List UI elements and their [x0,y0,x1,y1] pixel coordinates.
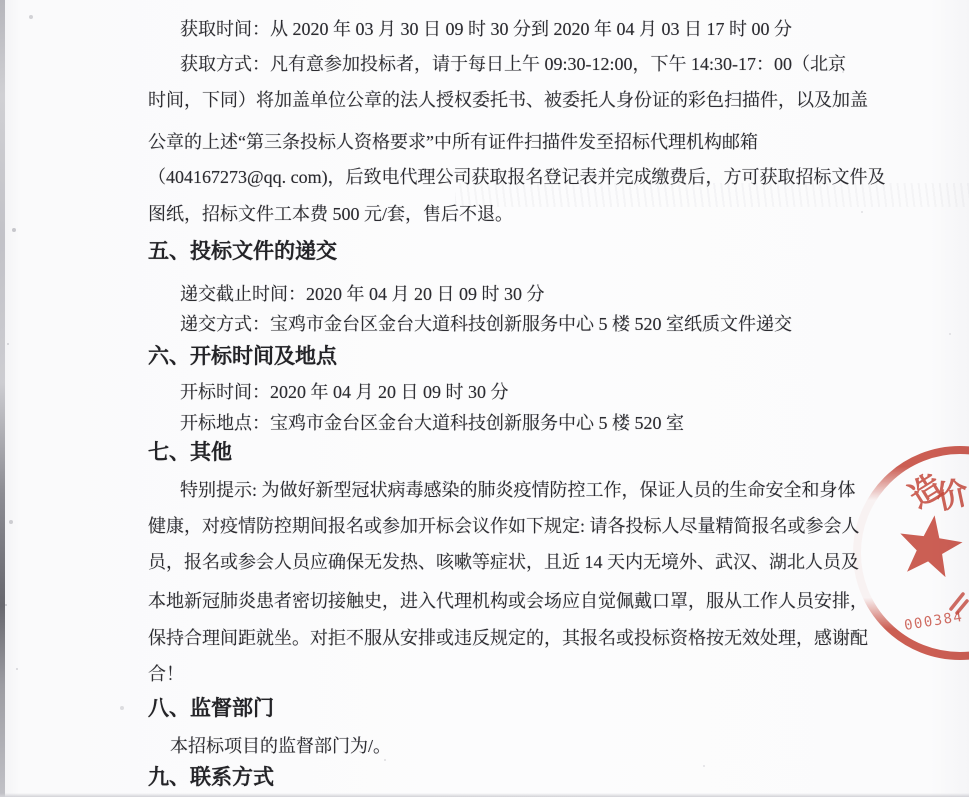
acquisition-method-line-1: 获取方式：凡有意参加投标者，请于每日上午 09:30-12:00，下午 14:3… [180,53,846,75]
supervision-body-line: 本招标项目的监督部门为/。 [170,735,391,757]
seal-ring-char-2: 价 [933,474,969,516]
red-seal-stamp: 造 价 000384 [853,428,969,670]
covid-notice-line-4: 本地新冠肺炎患者密切接触史，进入代理机构或会场应自觉佩戴口罩，服从工作人员安排， [148,590,868,612]
covid-notice-line-2: 健康，对疫情防控期间报名或参加开标会议作如下规定: 请各投标人尽量精简报名或参会… [148,515,860,537]
section6-heading: 六、开标时间及地点 [148,343,337,369]
covid-notice-line-1: 特别提示: 为做好新型冠状病毒感染的肺炎疫情防控工作，保证人员的生命安全和身体 [180,479,856,501]
scan-left-edge-shadow [0,0,5,797]
section8-heading: 八、监督部门 [148,695,274,721]
bid-opening-time-line: 开标时间：2020 年 04 月 20 日 09 时 30 分 [180,381,509,403]
section7-heading: 七、其他 [148,439,232,465]
covid-notice-line-5: 保持合理间距就坐。对拒不服从安排或违反规定的，其报名或投标资格按无效处理，感谢配 [148,627,868,649]
acquisition-method-line-4: （404167273@qq. com)，后致电代理公司获取报名登记表并完成缴费后… [148,166,886,188]
acquisition-method-line-5: 图纸，招标文件工本费 500 元/套，售后不退。 [148,203,513,225]
acquisition-method-line-3: 公章的上述“第三条投标人资格要求”中所有证件扫描件发至招标代理机构邮箱 [148,131,758,153]
bid-opening-place-line: 开标地点：宝鸡市金台区金台大道科技创新服务中心 5 楼 520 室 [180,412,684,434]
covid-notice-line-6: 合！ [148,663,184,685]
scan-noise-specks [0,0,2,2]
acquisition-method-line-2: 时间，下同）将加盖单位公章的法人授权委托书、被委托人身份证的彩色扫描件，以及加盖 [148,89,868,111]
submission-method-line: 递交方式：宝鸡市金台区金台大道科技创新服务中心 5 楼 520 室纸质文件递交 [180,313,792,335]
submission-deadline-line: 递交截止时间：2020 年 04 月 20 日 09 时 30 分 [180,283,545,305]
seal-star-icon [895,511,965,579]
acquisition-time-line: 获取时间：从 2020 年 03 月 30 日 09 时 30 分到 2020 … [180,18,792,40]
scan-bottom-edge-shadow [0,793,969,797]
section5-heading: 五、投标文件的递交 [148,238,337,264]
covid-notice-line-3: 员，报名或参会人员应确保无发热、咳嗽等症状，且近 14 天内无境外、武汉、湖北人… [148,551,859,573]
seal-serial-number: 000384 [903,609,964,634]
section9-heading: 九、联系方式 [148,764,274,790]
